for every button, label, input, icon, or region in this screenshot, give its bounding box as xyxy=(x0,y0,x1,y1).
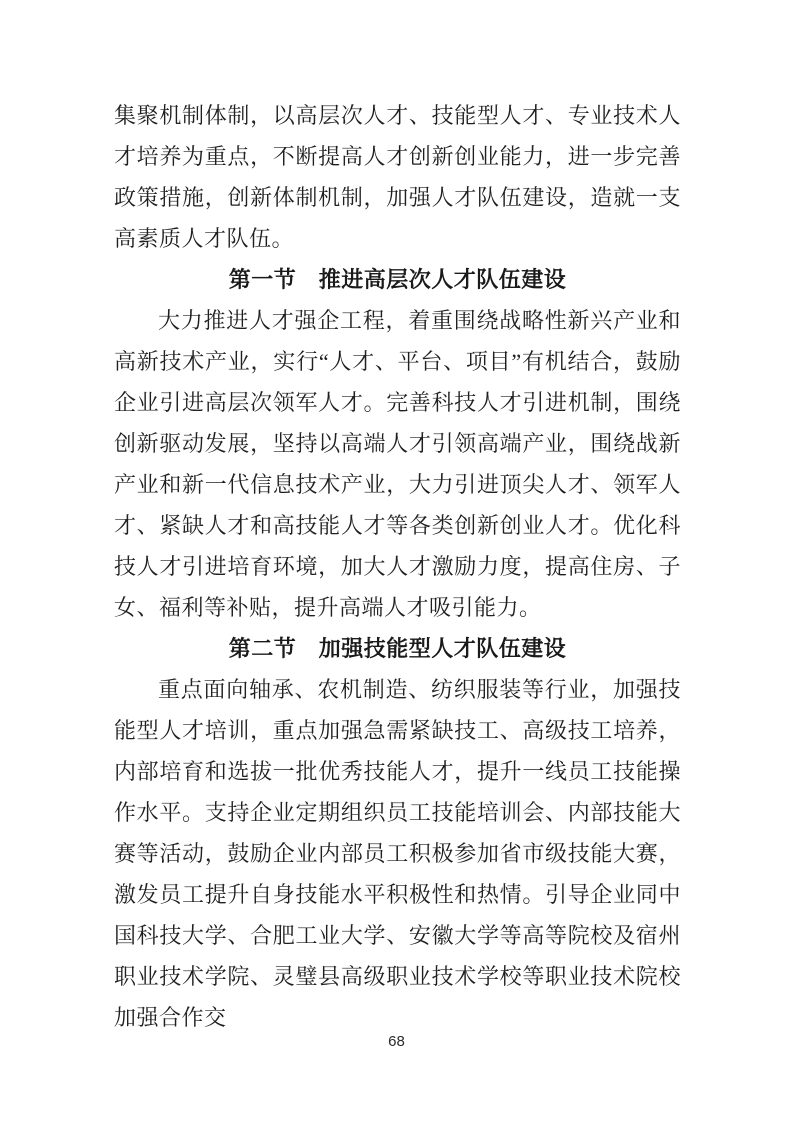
section-1-paragraph: 大力推进人才强企工程，着重围绕战略性新兴产业和高新技术产业，实行“人才、平台、项… xyxy=(114,300,681,628)
section-2-paragraph: 重点面向轴承、农机制造、纺织服装等行业，加强技能型人才培训，重点加强急需紧缺技工… xyxy=(114,669,681,1038)
page-footer: 68 xyxy=(0,1032,793,1052)
continuation-paragraph: 集聚机制体制，以高层次人才、技能型人才、专业技术人才培养为重点，不断提高人才创新… xyxy=(114,95,681,259)
page-number: 68 xyxy=(388,1032,405,1052)
document-page: 集聚机制体制，以高层次人才、技能型人才、专业技术人才培养为重点，不断提高人才创新… xyxy=(0,0,793,1122)
text-content: 集聚机制体制，以高层次人才、技能型人才、专业技术人才培养为重点，不断提高人才创新… xyxy=(114,95,681,1038)
section-2-heading: 第二节 加强技能型人才队伍建设 xyxy=(114,628,681,669)
section-1-heading: 第一节 推进高层次人才队伍建设 xyxy=(114,259,681,300)
